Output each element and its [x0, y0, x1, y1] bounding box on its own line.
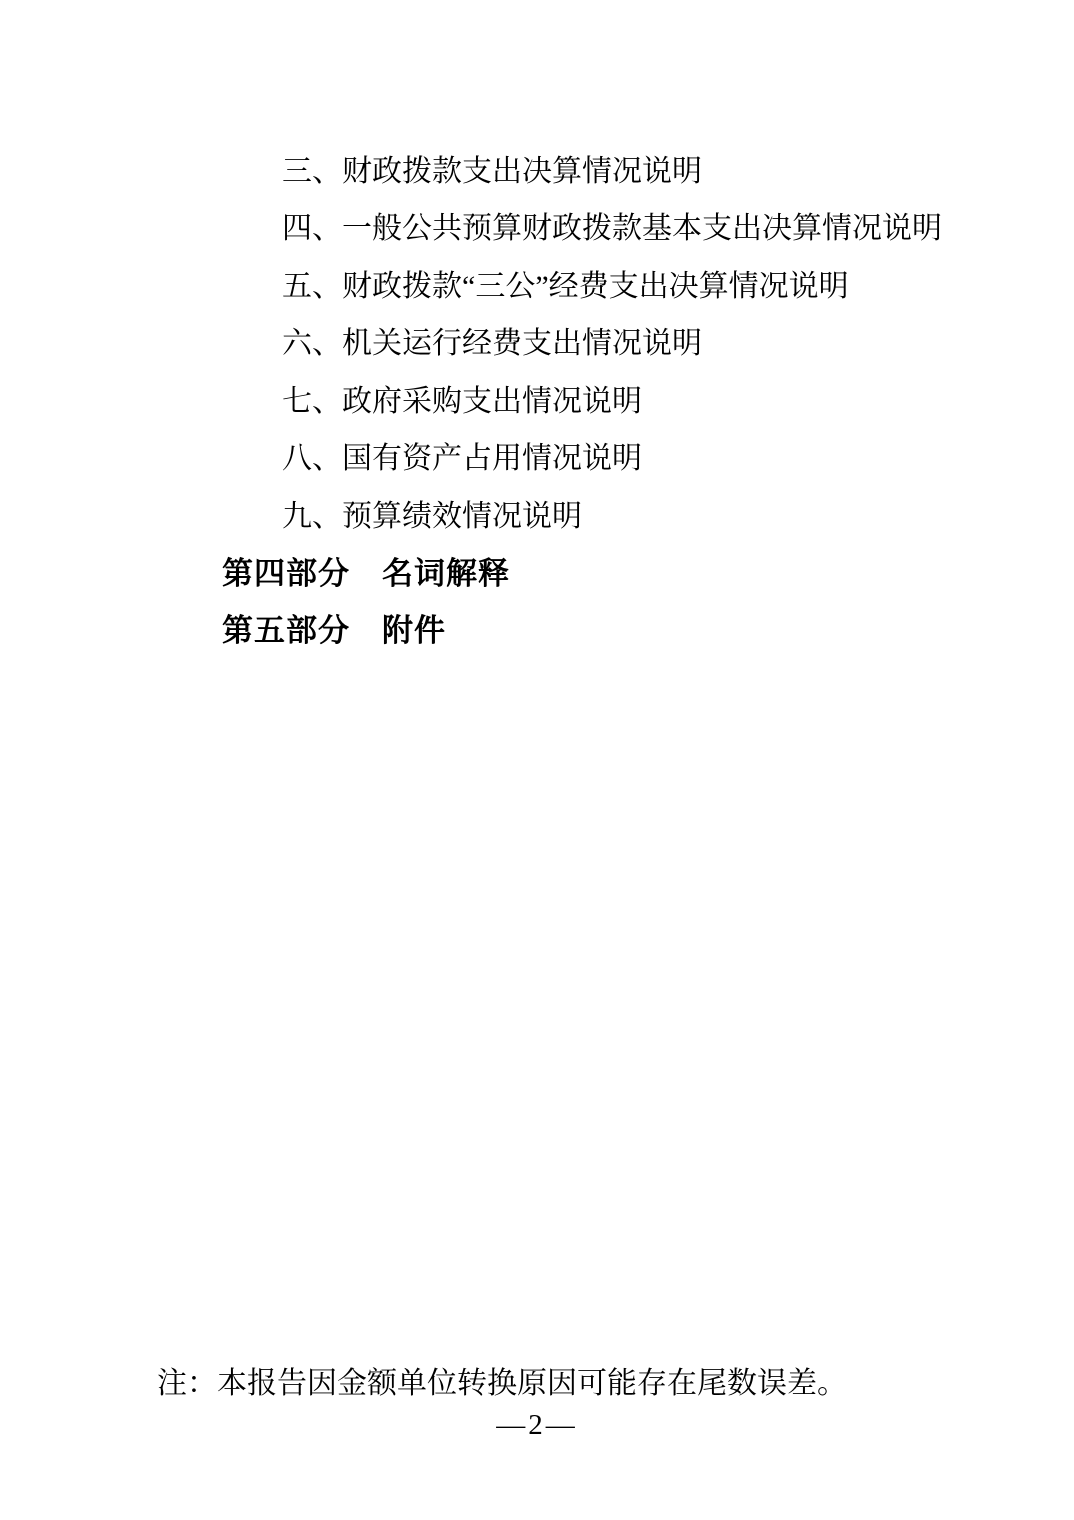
toc-part-5-heading: 第五部分 附件: [0, 599, 1074, 657]
toc-item-3: 三、财政拨款支出决算情况说明: [0, 139, 1074, 197]
toc-item-7: 七、政府采购支出情况说明: [0, 369, 1074, 427]
toc-item-8: 八、国有资产占用情况说明: [0, 427, 1074, 485]
toc-item-9: 九、预算绩效情况说明: [0, 484, 1074, 542]
toc-item-5: 五、财政拨款“三公”经费支出决算情况说明: [0, 254, 1074, 312]
toc-part-4-heading: 第四部分 名词解释: [0, 542, 1074, 600]
toc-item-4: 四、一般公共预算财政拨款基本支出决算情况说明: [0, 197, 1074, 255]
footnote: 注：本报告因金额单位转换原因可能存在尾数误差。: [157, 1364, 847, 1404]
toc-item-6: 六、机关运行经费支出情况说明: [0, 312, 1074, 370]
table-of-contents: 三、财政拨款支出决算情况说明 四、一般公共预算财政拨款基本支出决算情况说明 五、…: [0, 139, 1074, 657]
page-number: —2—: [0, 1408, 1074, 1442]
document-page: 三、财政拨款支出决算情况说明 四、一般公共预算财政拨款基本支出决算情况说明 五、…: [0, 0, 1074, 1520]
